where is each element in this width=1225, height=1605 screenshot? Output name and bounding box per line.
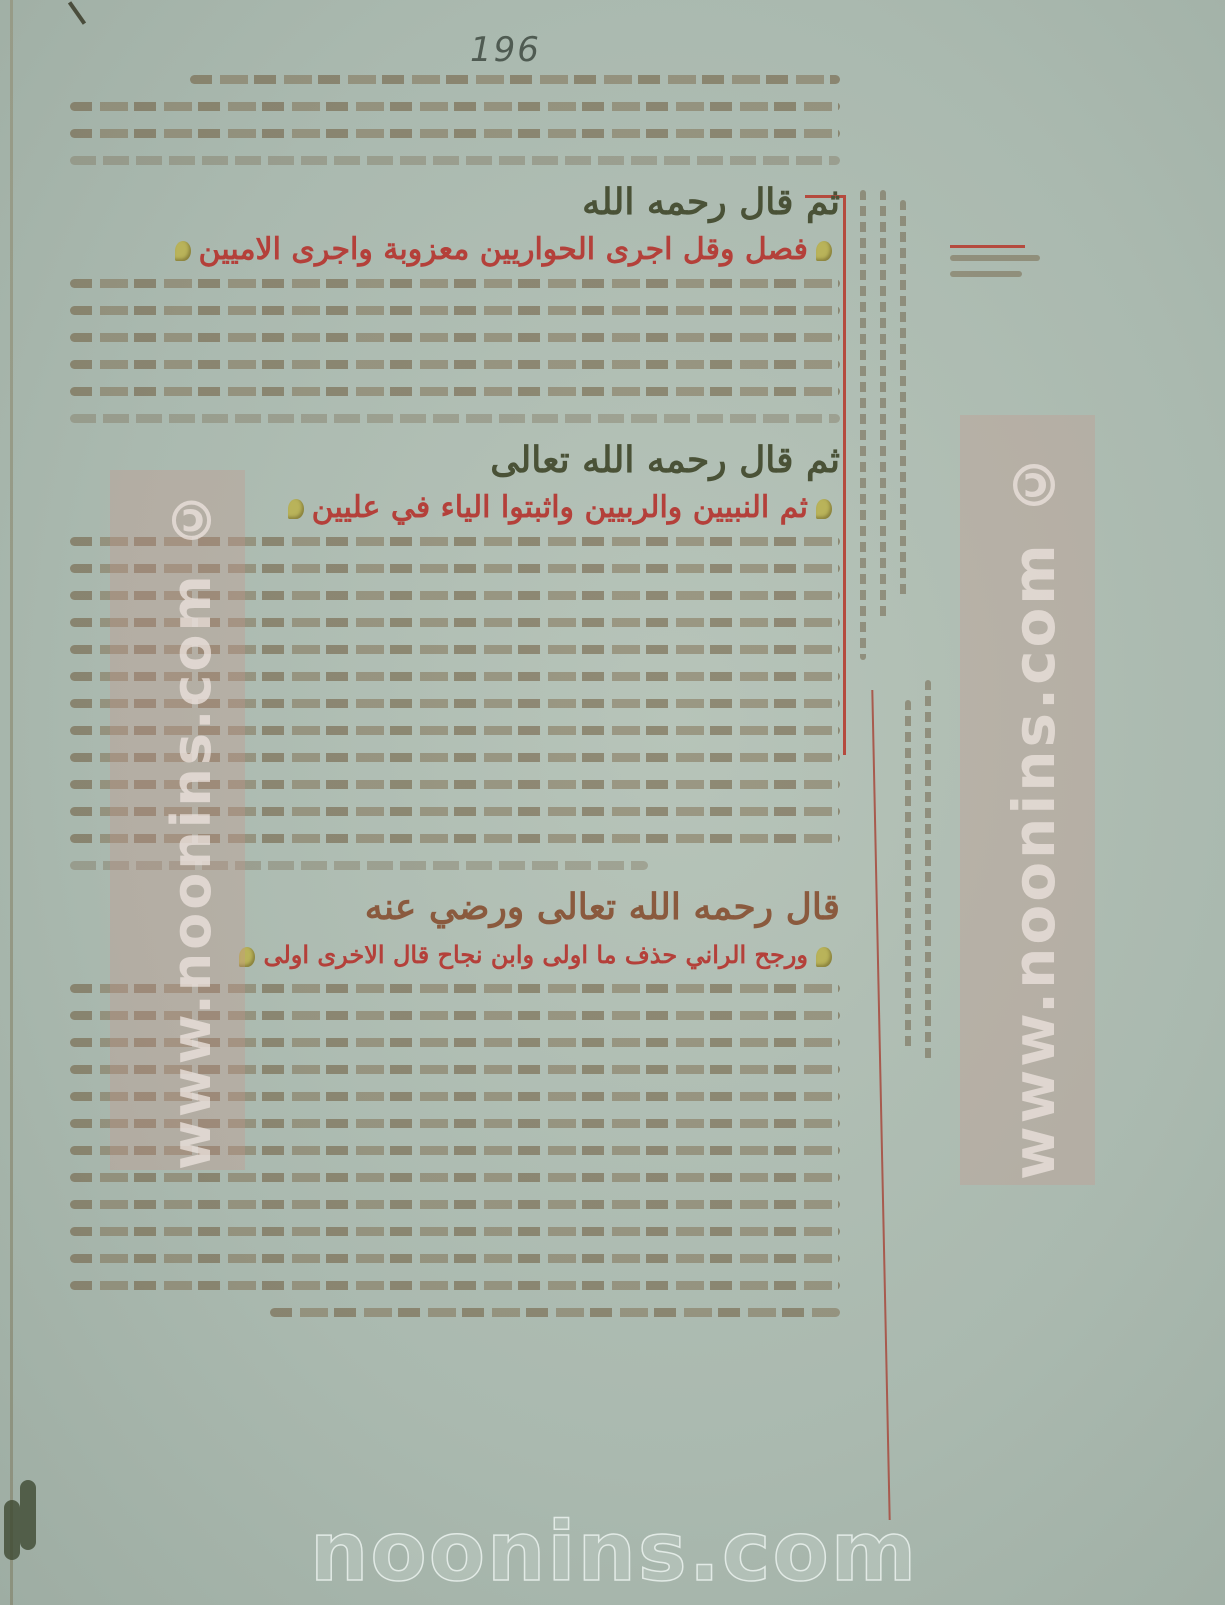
text-line [70,102,840,111]
marker-dot-icon [816,499,832,519]
watermark-left: www.noonins.com © [160,420,223,1170]
margin-note-column [880,190,886,620]
marker-dot-icon [175,241,191,261]
manuscript-page: 196 ثم قال رحمه الله فصل وقل اجرى الحوار… [0,0,1225,1605]
heading-thumma-qala: ثم قال رحمه الله [70,183,840,221]
text-line [70,1173,840,1182]
margin-note-column [905,700,911,1050]
marker-dot-icon [816,241,832,261]
text-line [190,75,840,84]
text-line [70,1227,840,1236]
text-line [70,360,840,369]
text-line [70,1281,840,1290]
text-line [270,1308,840,1317]
text-line [70,333,840,342]
text-line [70,1200,840,1209]
text-line [70,129,840,138]
watermark-right: www.noonins.com © [1000,420,1068,1180]
binding-hole [20,1480,36,1550]
marker-dot-icon [288,499,304,519]
binding-hole [4,1500,20,1560]
text-line [70,306,840,315]
margin-note-column [900,200,906,600]
margin-note [950,245,1040,285]
margin-note-stroke [950,245,1025,248]
corner-ink-mark [68,1,86,25]
marker-dot-icon [816,947,832,967]
margin-red-rule [871,690,890,1520]
text-line [70,156,840,165]
margin-note-column [925,680,931,1060]
text-line [70,1254,840,1263]
folio-number: 196 [470,30,541,70]
red-frame-right [843,195,846,755]
text-line [70,387,840,396]
margin-note-column [860,190,866,660]
binding-thread [10,0,13,1605]
watermark-bottom: noonins.com [310,1505,918,1600]
text-line [70,279,840,288]
heading-fasl: فصل وقل اجرى الحواريين معزوبة واجرى الام… [70,231,840,269]
